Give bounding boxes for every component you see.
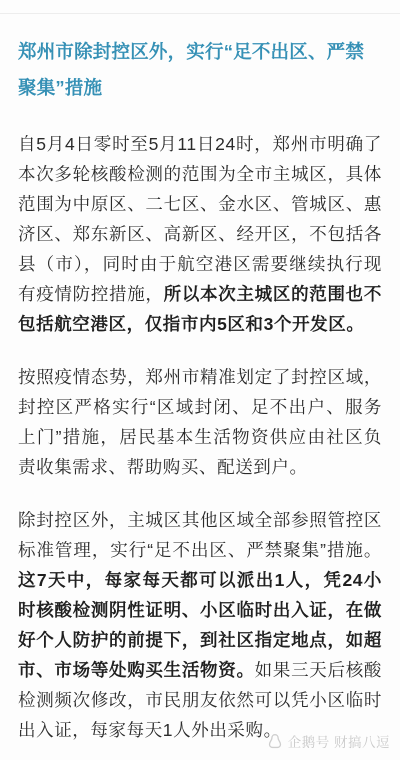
body-text: 除封控区外，主城区其他区域全部参照管控区标准管理，实行“足不出区、严禁聚集”措施… (18, 510, 382, 560)
article-title: 郑州市除封控区外，实行“足不出区、严禁聚集”措施 (18, 34, 382, 106)
article-paragraph: 除封控区外，主城区其他区域全部参照管控区标准管理，实行“足不出区、严禁聚集”措施… (18, 505, 382, 745)
article-page: 郑州市除封控区外，实行“足不出区、严禁聚集”措施 自5月4日零时至5月11日24… (0, 0, 400, 760)
watermark-label: 企鹅号 财搞八逗 (288, 731, 390, 751)
top-divider (0, 13, 400, 14)
body-text: 自5月4日零时至5月11日24时，郑州市明确了本次多轮核酸检测的范围为全市主城区… (18, 134, 382, 304)
body-text: 按照疫情态势，郑州市精准划定了封控区域，封控区严格实行“区域封闭、足不出户、服务… (18, 367, 382, 477)
article-body: 自5月4日零时至5月11日24时，郑州市明确了本次多轮核酸检测的范围为全市主城区… (18, 129, 382, 745)
article-content: 郑州市除封控区外，实行“足不出区、严禁聚集”措施 自5月4日零时至5月11日24… (0, 0, 400, 745)
article-paragraph: 按照疫情态势，郑州市精准划定了封控区域，封控区严格实行“区域封闭、足不出户、服务… (18, 362, 382, 482)
article-paragraph: 自5月4日零时至5月11日24时，郑州市明确了本次多轮核酸检测的范围为全市主城区… (18, 129, 382, 339)
watermark: 企鹅号 财搞八逗 (267, 731, 390, 751)
penguin-icon (267, 733, 283, 749)
